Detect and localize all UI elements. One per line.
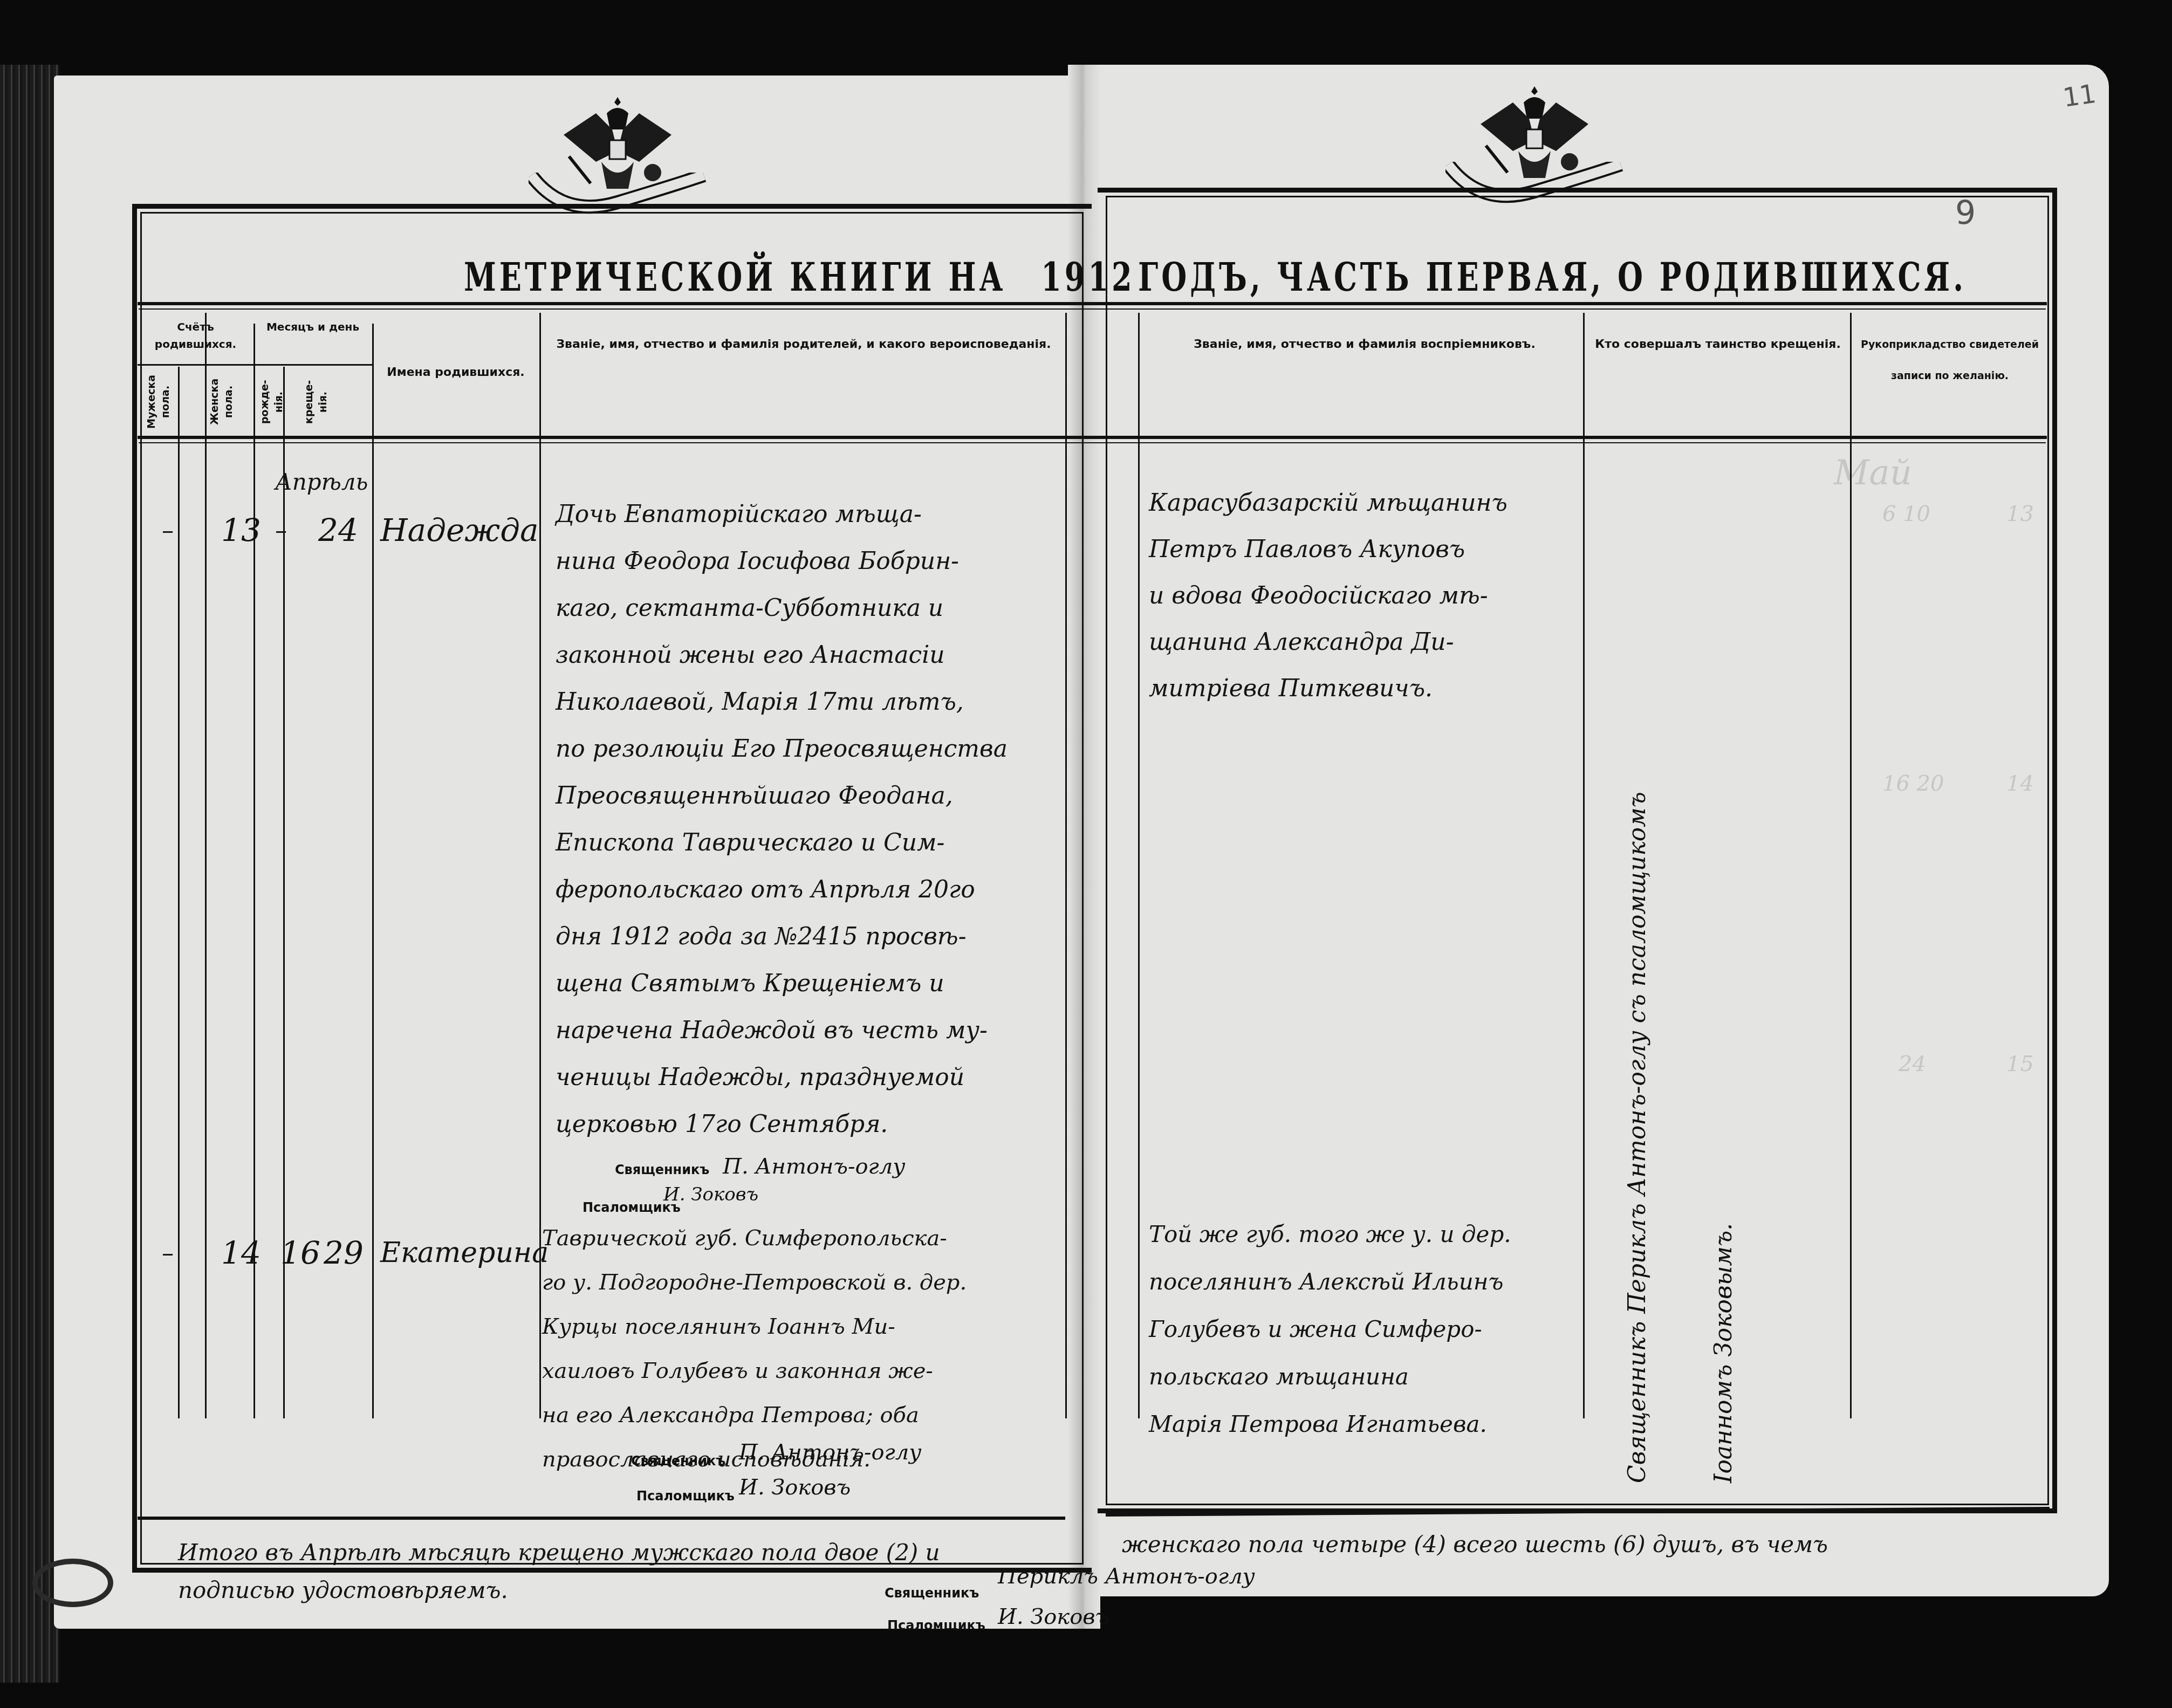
- bleed-through-row: 13: [2006, 502, 2034, 526]
- priest-signature: П. Антонъ-оглу: [739, 1440, 921, 1465]
- parents-line: Николаевой, Марія 17ти лѣтъ,: [556, 678, 1063, 725]
- header-date-group: Месяцъ и день: [253, 318, 372, 335]
- priest-label: Священникъ: [615, 1162, 709, 1177]
- summary-line1-right: женскаго пола четыре (4) всего шесть (6)…: [1122, 1521, 1828, 1568]
- bookmark-ribbon: [32, 1559, 113, 1607]
- bleed-through-date: 6 10: [1882, 502, 1930, 526]
- header-bottom-rule: [138, 436, 2047, 439]
- officiant-text-line1: Священникъ Периклъ Антонъ-оглу съ псалом…: [1623, 485, 1651, 1483]
- godparents-line: Голубевъ и жена Симферо-: [1149, 1306, 1580, 1353]
- parents-line: щена Святымъ Крещеніемъ и: [556, 960, 1063, 1007]
- parents-line: на его Александра Петрова; оба: [542, 1393, 1065, 1437]
- header-date-baptism: креще-нія.: [302, 372, 334, 431]
- record-female-count: 13: [221, 507, 261, 554]
- psalmist-signature: И. Зоковъ: [739, 1475, 851, 1500]
- bleed-through-row: 15: [2006, 1052, 2034, 1076]
- book-binding-cloth: [0, 65, 59, 1683]
- priest-signature: П. Антонъ-оглу: [723, 1154, 905, 1179]
- parents-line: дня 1912 года за №2415 просвѣ-: [556, 913, 1063, 960]
- title-left: МЕТРИЧЕСКОЙ КНИГИ НА 1912: [464, 253, 1135, 300]
- godparents-line: и вдова Феодосійскаго мѣ-: [1149, 573, 1580, 619]
- parents-line: Курцы поселянинъ Іоаннъ Ми-: [542, 1305, 1065, 1349]
- header-count-female: Женска пола.: [208, 372, 240, 431]
- summary-priest-signature: Периклъ Антонъ-оглу: [998, 1564, 1255, 1589]
- godparents-line: Той же губ. того же у. и дер.: [1149, 1211, 1580, 1258]
- header-witness-signatures: Рукоприкладство свидетелей записи по жел…: [1855, 329, 2044, 392]
- parents-line: по резолюціи Его Преосвященства: [556, 725, 1063, 772]
- psalmist-signature: И. Зоковъ: [663, 1184, 758, 1205]
- title-year: 1912: [1041, 253, 1135, 300]
- record-parents-text: Дочь Евпаторійскаго мѣща- нина Феодора І…: [556, 491, 1063, 1148]
- col-divider: [205, 313, 207, 1418]
- bleed-through-date: 16 20: [1882, 771, 1944, 796]
- col-divider: [178, 367, 180, 1418]
- bleed-through-month: Май: [1834, 453, 1912, 493]
- psalmist-label: Псаломщикъ: [636, 1489, 735, 1504]
- summary-rule-left: [138, 1517, 1065, 1520]
- parents-line: феропольскаго отъ Апрѣля 20го: [556, 866, 1063, 913]
- record-child-name: Екатерина: [380, 1230, 549, 1277]
- stamped-page-number: 11: [2061, 79, 2098, 113]
- title-right: ГОДЪ, ЧАСТЬ ПЕРВАЯ, О РОДИВШИХСЯ.: [1138, 253, 1967, 300]
- parents-line: каго, сектанта-Субботника и: [556, 585, 1063, 632]
- record-godparents-text: Той же губ. того же у. и дер. поселянинъ…: [1149, 1211, 1580, 1448]
- header-top-rule: [138, 302, 2047, 305]
- record-godparents-text: Карасубазарскій мѣщанинъ Петръ Павловъ А…: [1149, 480, 1580, 712]
- header-officiant: Кто совершалъ таинство крещенія.: [1588, 329, 1847, 360]
- godparents-line: митріева Питкевичъ.: [1149, 666, 1580, 712]
- officiant-text-line2: Іоанномъ Зоковымъ.: [1710, 1030, 1737, 1483]
- record-female-count: 14: [221, 1230, 261, 1277]
- bleed-through-row: 14: [2006, 771, 2034, 796]
- record-birth-day: –: [275, 507, 287, 554]
- header-godparents: Званіе, имя, отчество и фамилія воспріем…: [1160, 329, 1570, 360]
- parents-line: законной жены его Анастасіи: [556, 632, 1063, 678]
- parents-line: наречена Надеждой въ честь му-: [556, 1007, 1063, 1054]
- record-male-count: –: [162, 1230, 174, 1277]
- col-divider: [1138, 313, 1140, 1418]
- parents-line: хаиловъ Голубевъ и законная же-: [542, 1349, 1065, 1393]
- godparents-line: Марія Петрова Игнатьева.: [1149, 1401, 1580, 1448]
- col-divider: [1065, 313, 1067, 1418]
- header-count-male: Мужеска пола.: [145, 372, 177, 431]
- summary-psalmist-signature: И. Зоковъ: [998, 1604, 1109, 1629]
- godparents-line: щанина Александра Ди-: [1149, 619, 1580, 666]
- parents-line: Таврической губ. Симферопольска-: [542, 1216, 1065, 1260]
- summary-priest-label: Священникъ: [885, 1586, 979, 1601]
- col-divider: [1583, 313, 1585, 1418]
- record-male-count: –: [162, 507, 174, 554]
- header-count-group: Счётъ родившихся.: [138, 318, 253, 353]
- record-child-name: Надежда: [380, 507, 539, 554]
- header-subdivider: [138, 364, 372, 366]
- bleed-through-date: 24: [1899, 1052, 1926, 1076]
- record-month: Апрѣль: [275, 458, 368, 505]
- summary-line2-left: подписью удостовѣряемъ.: [178, 1567, 508, 1614]
- priest-label: Священникъ: [631, 1453, 725, 1469]
- parents-line: Епископа Таврическаго и Сим-: [556, 819, 1063, 866]
- summary-psalmist-label: Псаломщикъ: [887, 1618, 985, 1633]
- godparents-line: поселянинъ Алексѣй Ильинъ: [1149, 1258, 1580, 1306]
- parents-line: нина Феодора Іосифова Бобрин-: [556, 538, 1063, 585]
- header-names: Имена родившихся.: [375, 356, 537, 389]
- record-baptism-day: 24: [318, 507, 358, 554]
- parents-line: Дочь Евпаторійскаго мѣща-: [556, 491, 1063, 538]
- godparents-line: польскаго мѣщанина: [1149, 1353, 1580, 1401]
- record-baptism-day: 29: [324, 1230, 364, 1277]
- record-birth-day: 16: [280, 1230, 320, 1277]
- godparents-line: Карасубазарскій мѣщанинъ: [1149, 480, 1580, 526]
- parents-line: го у. Подгородне-Петровской в. дер.: [542, 1260, 1065, 1305]
- parents-line: Преосвященнѣйшаго Феодана,: [556, 772, 1063, 819]
- header-parents: Званіе, имя, отчество и фамилія родителе…: [545, 329, 1063, 360]
- godparents-line: Петръ Павловъ Акуповъ: [1149, 526, 1580, 573]
- parents-line: церковью 17го Сентября.: [556, 1101, 1063, 1148]
- header-date-birth: рожде-нія.: [258, 372, 282, 431]
- col-divider: [372, 324, 374, 1418]
- parents-line: ченицы Надежды, празднуемой: [556, 1054, 1063, 1101]
- title-left-text: МЕТРИЧЕСКОЙ КНИГИ НА: [464, 253, 1006, 300]
